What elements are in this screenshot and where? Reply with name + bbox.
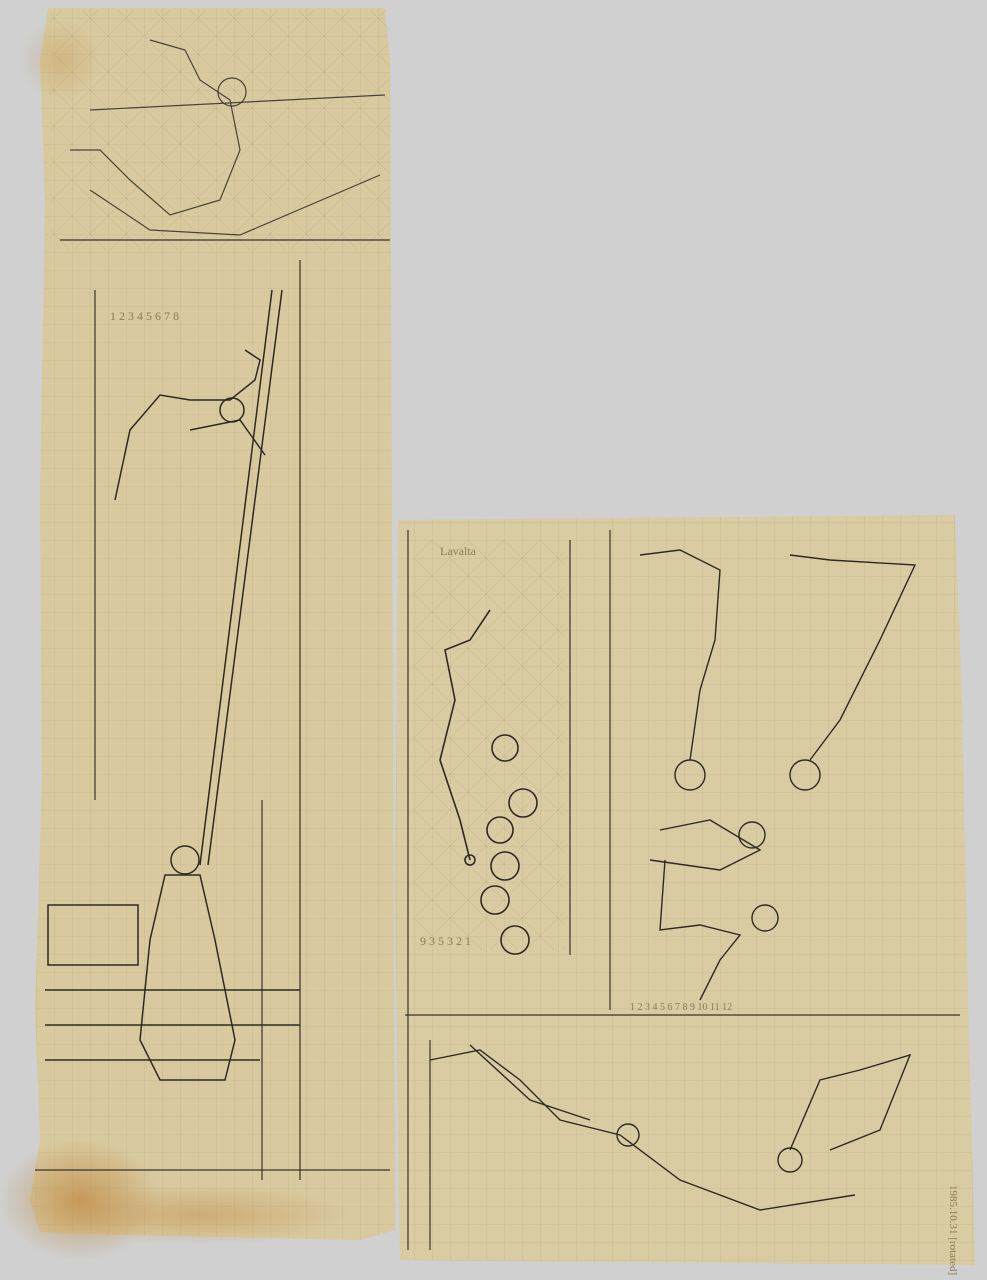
paper-right-sheet xyxy=(395,515,975,1265)
side-inscription: 1985.10.31 [rotated] xyxy=(947,1185,959,1275)
paper-left-strip xyxy=(0,8,395,1260)
grid-numbers-left: 1 2 3 4 5 6 7 8 xyxy=(110,309,179,323)
grid-numbers-right: 1 2 3 4 5 6 7 8 9 10 11 12 xyxy=(630,1002,732,1013)
grid-numbers-juggler: 9 3 5 3 2 1 xyxy=(420,934,471,948)
top-label-text: Lavalta xyxy=(440,544,477,558)
artwork-canvas: Lavalta 1 2 3 4 5 6 7 8 9 3 5 3 2 1 1 2 … xyxy=(0,0,987,1280)
